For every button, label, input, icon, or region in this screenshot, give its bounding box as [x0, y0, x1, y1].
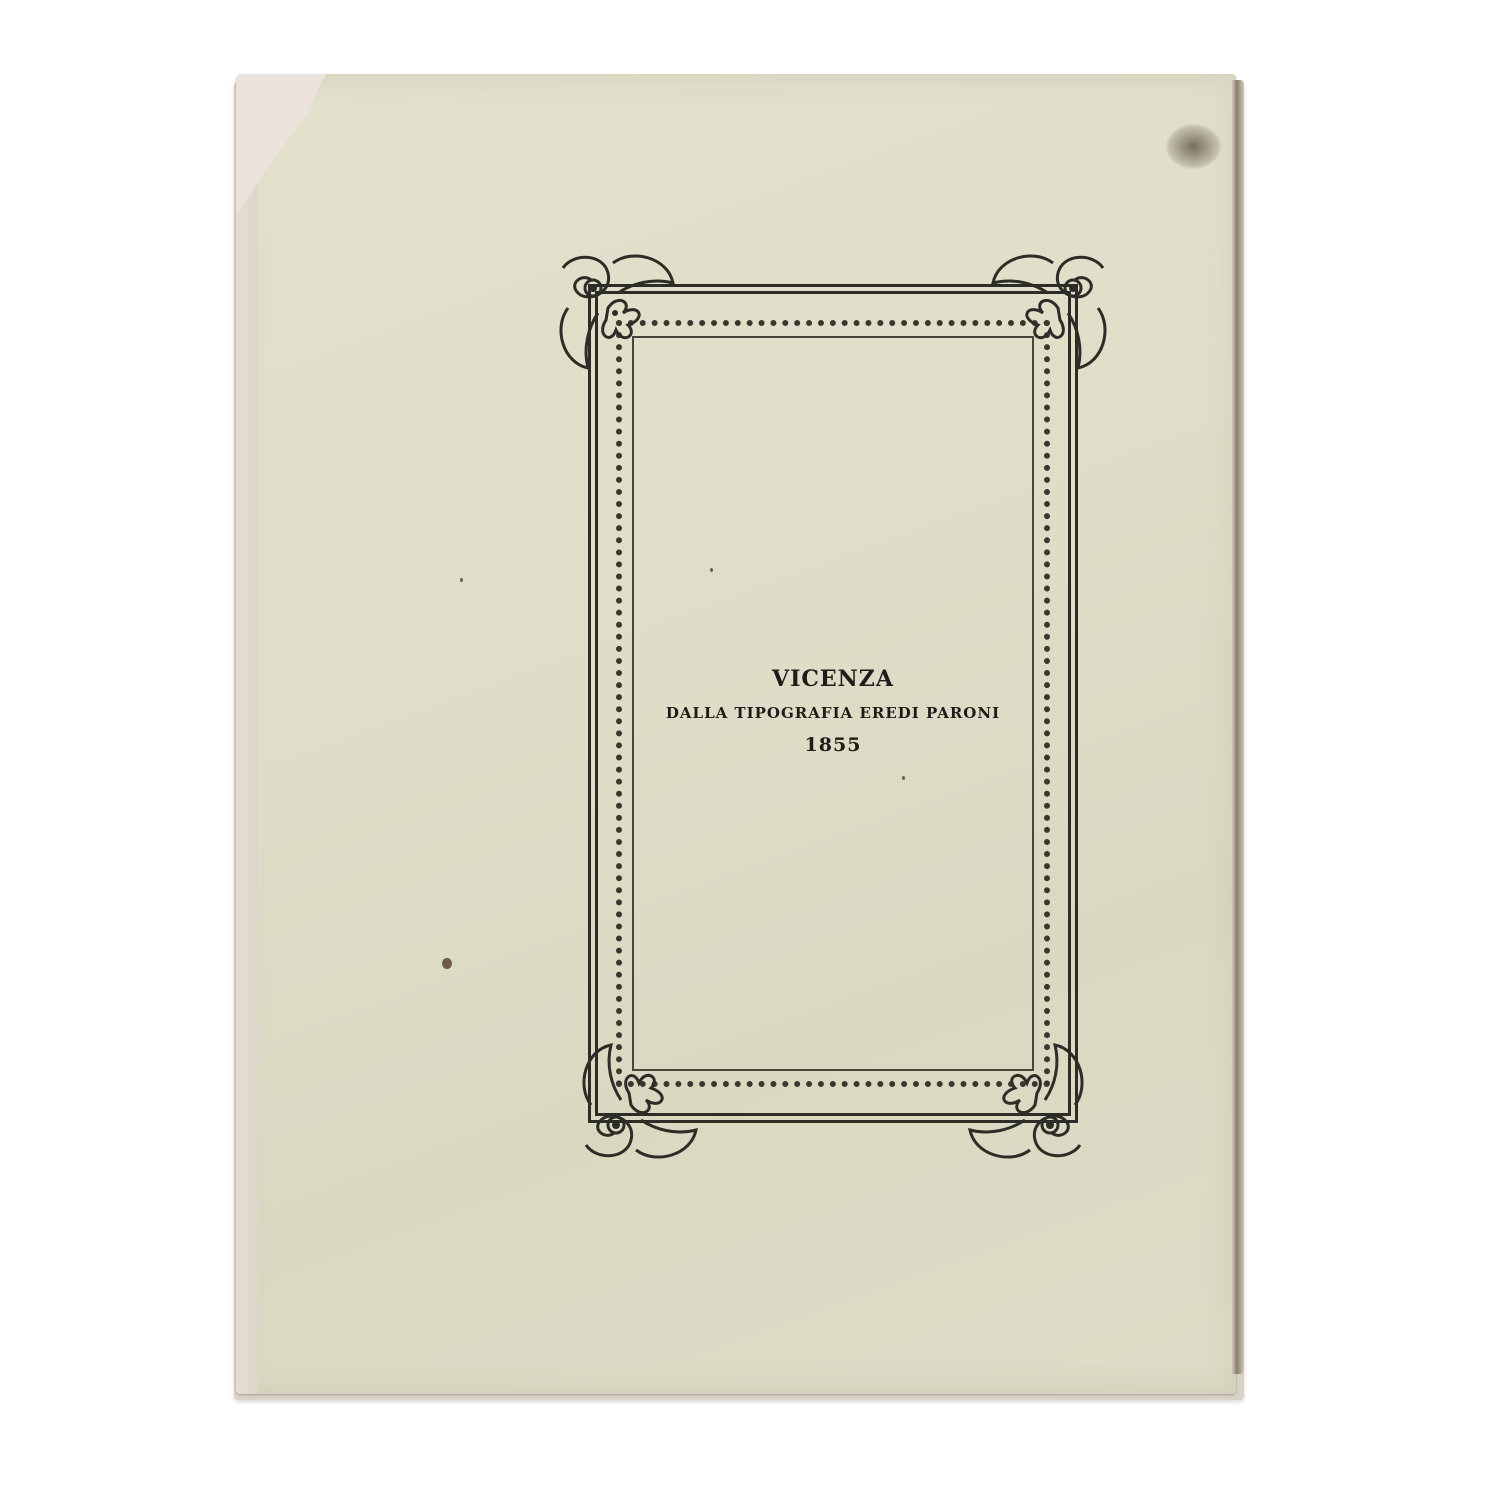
corner-ornament-icon: [553, 248, 683, 378]
foxing-speck: [460, 578, 463, 582]
corner-ornament-icon: [576, 1035, 706, 1165]
book-cover: VICENZA DALLA TIPOGRAFIA EREDI PARONI 18…: [236, 74, 1236, 1394]
imprint-block: VICENZA DALLA TIPOGRAFIA EREDI PARONI 18…: [558, 666, 1108, 756]
ornamental-border-frame: VICENZA DALLA TIPOGRAFIA EREDI PARONI 18…: [558, 256, 1108, 1151]
foxing-spot: [442, 958, 452, 969]
corner-ornament-icon: [983, 248, 1113, 378]
imprint-printer: DALLA TIPOGRAFIA EREDI PARONI: [558, 704, 1108, 722]
page-edges: [1232, 80, 1244, 1374]
stain-mark: [1166, 124, 1221, 169]
corner-ornament-icon: [960, 1035, 1090, 1165]
imprint-year: 1855: [558, 734, 1108, 756]
cover-left-edge: [236, 74, 258, 1394]
imprint-city: VICENZA: [558, 666, 1108, 692]
torn-corner: [236, 74, 326, 214]
